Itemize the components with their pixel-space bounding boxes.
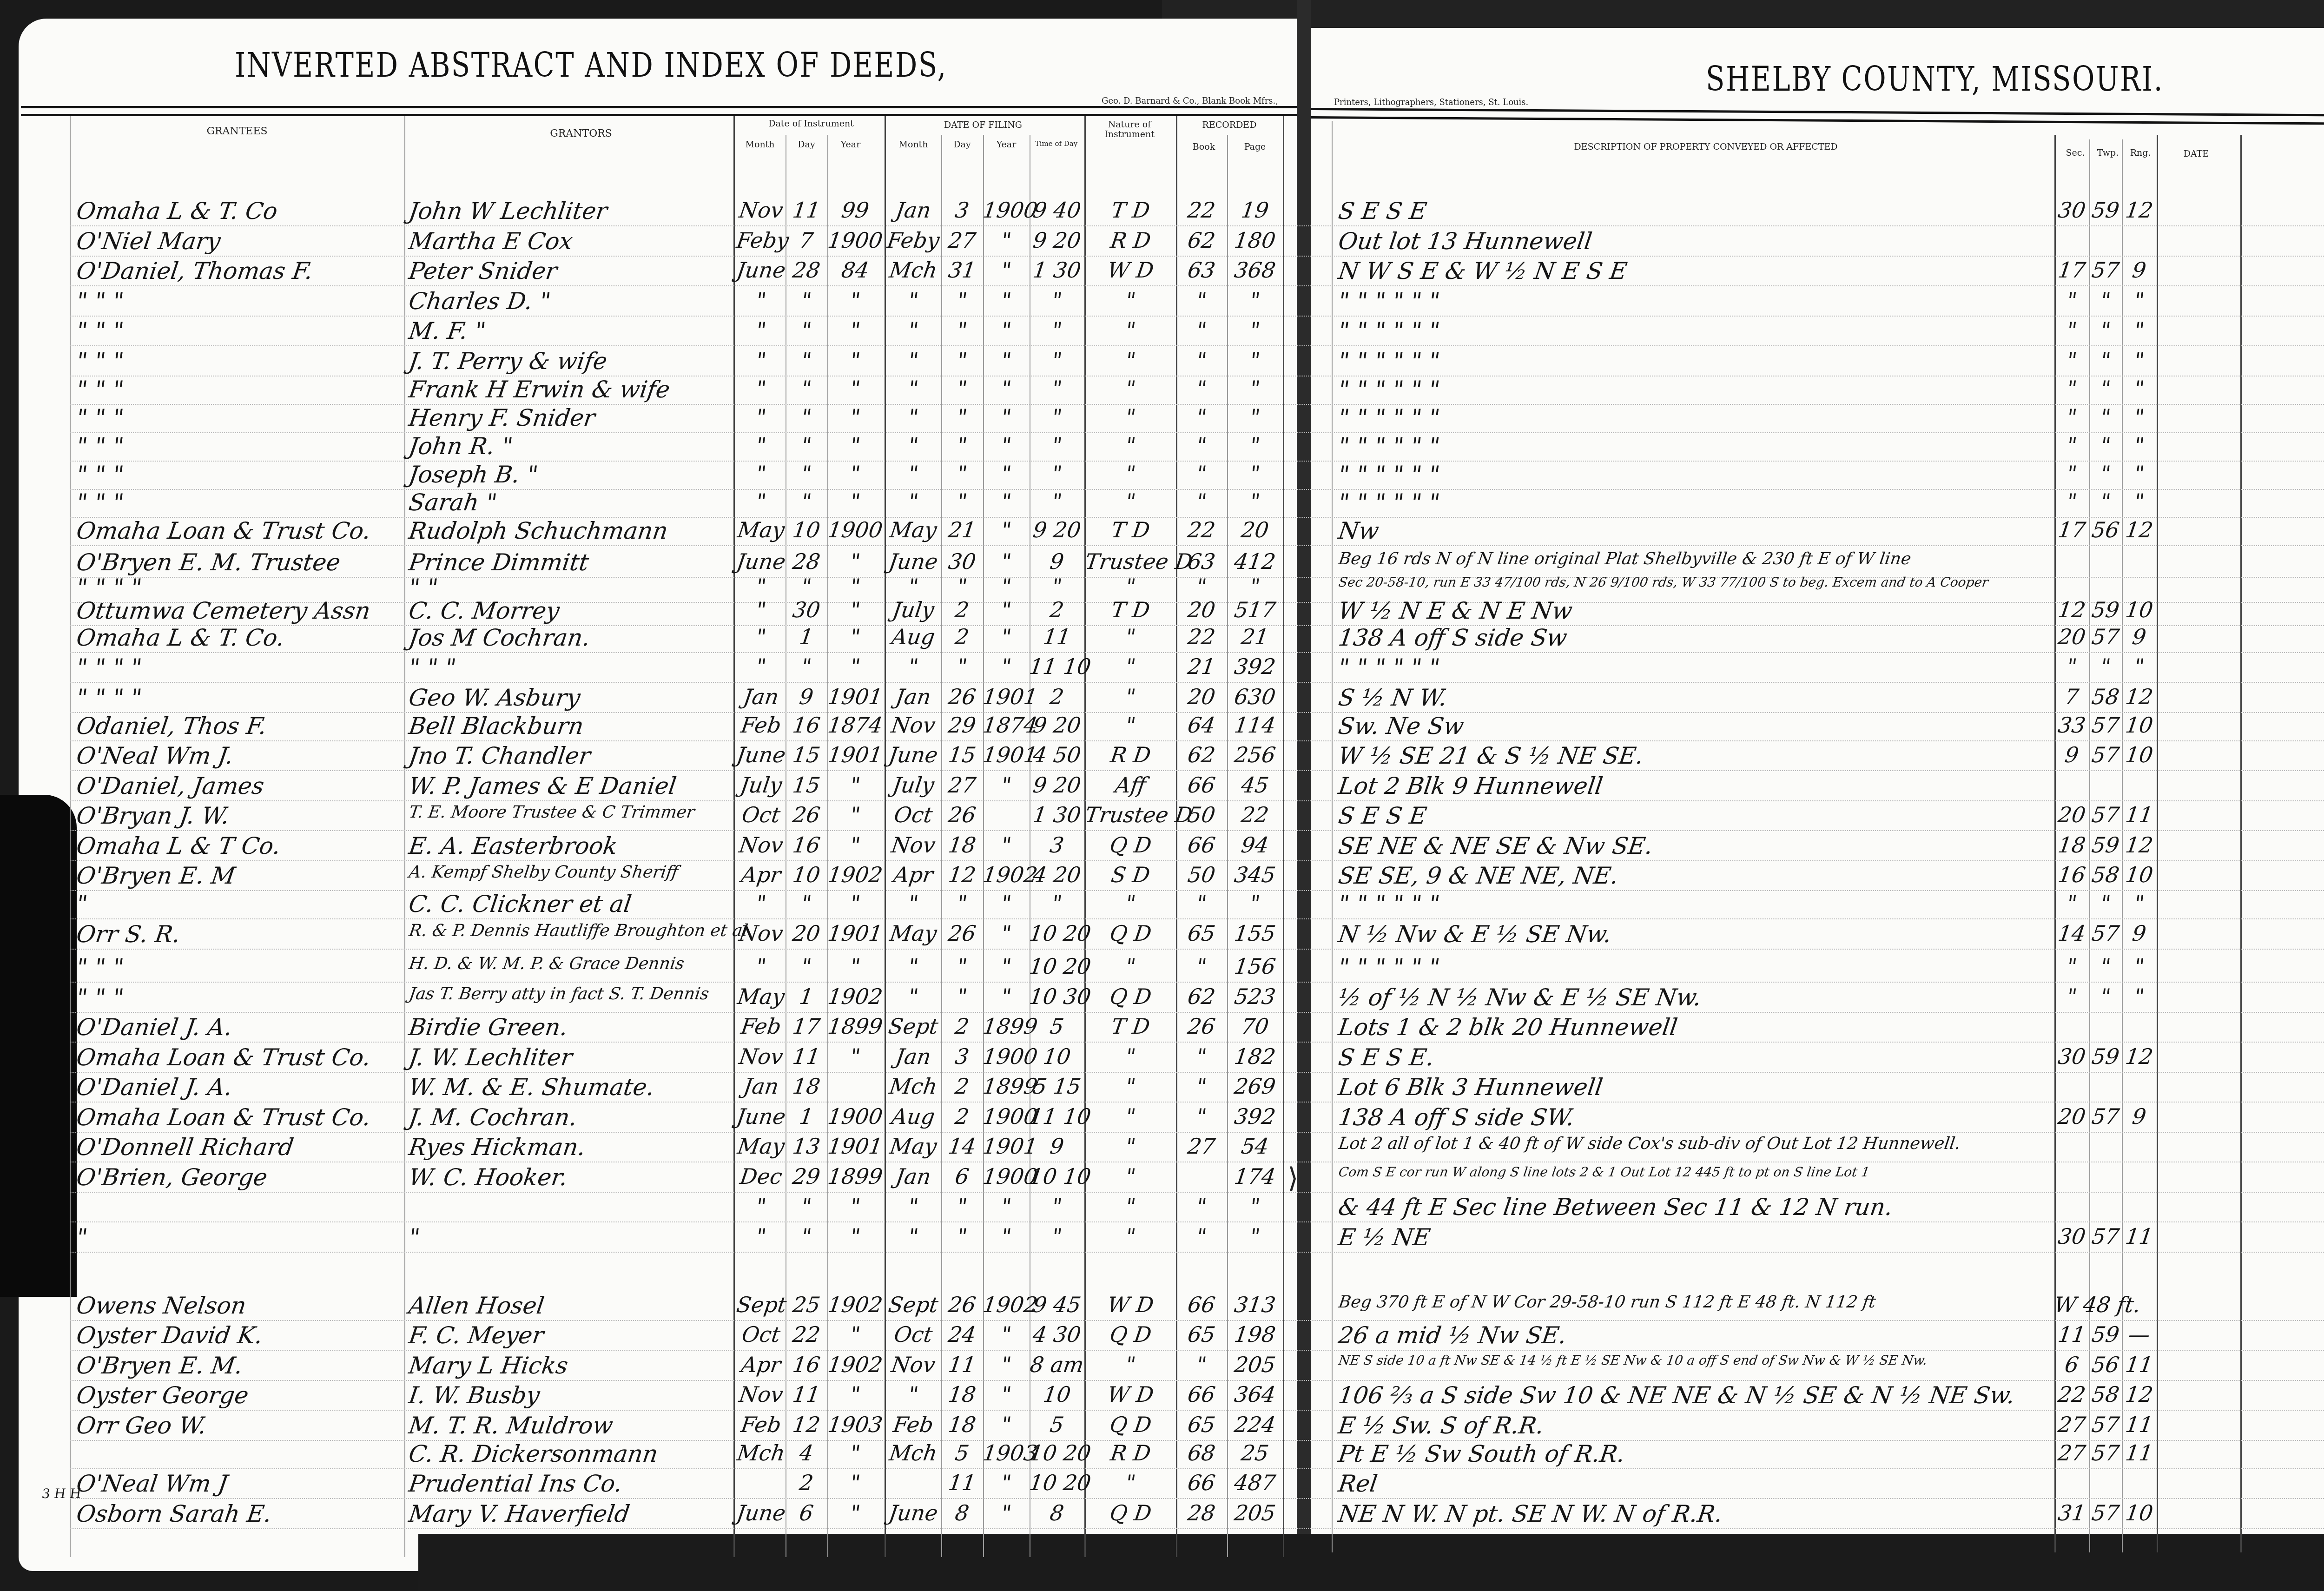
grantee-cell: O'Daniel, Thomas F. [75,259,314,283]
grantor-cell: W. M. & E. Shumate. [407,1076,656,1099]
grantee-cell: " " " " [75,686,143,709]
filing-day-cell: " [940,656,984,677]
range-cell: — [2120,1324,2158,1345]
filing-year-cell: " [982,519,1031,541]
row-rule [70,432,2324,434]
filing-day-cell: " [940,463,984,484]
column-rule [404,116,405,1557]
instrument-month-cell: " [735,290,787,311]
description-cell: 106 ⅔ a S side Sw 10 & NE NE & N ½ SE & … [1337,1384,2016,1407]
instrument-day-cell: " [784,956,829,977]
instrument-year-cell: 1901 [826,744,885,766]
description-cell: NE S side 10 a ft Nw SE & 14 ½ ft E ½ SE… [1338,1354,1928,1367]
instrument-month-cell: " [735,1226,787,1247]
grantor-cell: Sarah " [407,491,498,514]
book-cell: 66 [1175,1472,1228,1493]
page-cell: 412 [1226,551,1284,572]
description-cell: S E S E [1337,199,1428,223]
book-cell: " [1175,378,1228,399]
filing-time-cell: 10 20 [1028,1472,1086,1493]
grantor-cell: Prudential Ins Co. [407,1472,623,1495]
section-cell: 30 [2053,1226,2091,1247]
description-cell: " " " " " " [1337,463,1441,486]
range-cell: 10 [2120,1502,2158,1524]
range-cell: 12 [2120,199,2158,221]
township-cell: 59 [2088,1324,2123,1345]
nature-cell: " [1084,290,1177,311]
filing-time-cell: " [1028,1195,1086,1217]
margin-mark: 3 H H [41,1487,82,1500]
filing-time-cell: 8 [1028,1502,1086,1524]
page-cell: 22 [1226,804,1284,825]
range-cell: " [2120,892,2158,914]
grantee-cell: " " " " [75,576,143,599]
filing-year-cell: " [982,892,1031,914]
book-cell: " [1175,1195,1228,1217]
grantor-cell: I. W. Busby [407,1384,541,1407]
description-cell: Lots 1 & 2 blk 20 Hunnewell [1337,1016,1679,1039]
filing-time-cell: 10 [1028,1046,1086,1067]
filing-time-cell: 9 20 [1028,774,1086,796]
section-cell: 30 [2053,1046,2091,1067]
township-cell: " [2088,656,2123,677]
col-header-date-filing: DATE OF FILING [885,120,1081,130]
instrument-year-cell: 99 [826,199,885,221]
filing-day-cell: 2 [940,1076,984,1097]
filing-year-cell: " [982,1324,1031,1345]
filing-month-cell: " [884,378,943,399]
filing-year-cell: 1900 [982,199,1031,221]
filing-month-cell: Apr [884,864,943,885]
grantee-cell: " " " [75,463,125,486]
instrument-year-cell: 1899 [826,1166,885,1187]
description-cell: & 44 ft E Sec line Between Sec 11 & 12 N… [1337,1195,1894,1219]
book-cell: 65 [1175,923,1228,944]
page-cell: " [1226,576,1284,597]
filing-day-cell: 3 [940,199,984,221]
section-cell: " [2053,378,2091,399]
description-cell: W ½ SE 21 & S ½ NE SE. [1337,744,1645,767]
filing-day-cell: 26 [940,923,984,944]
section-cell: 17 [2053,259,2091,281]
filing-day-cell: " [940,576,984,597]
filing-year-cell: " [982,1226,1031,1247]
description-cell: " " " " " " [1337,656,1441,679]
instrument-year-cell: 1902 [826,986,885,1007]
grantee-cell: " " " [75,319,125,343]
page-cell: 182 [1226,1046,1284,1067]
grantee-cell: Omaha Loan & Trust Co. [75,519,372,542]
nature-cell: W D [1084,1384,1177,1405]
filing-month-cell: June [884,744,943,766]
instrument-year-cell: 1903 [826,1414,885,1435]
filing-year-cell: " [982,1414,1031,1435]
section-cell: 20 [2053,1106,2091,1127]
filing-time-cell: 10 20 [1028,956,1086,977]
grantee-cell: " " " [75,491,125,514]
section-cell: 12 [2053,599,2091,621]
grantee-cell: O'Brien, George [75,1166,269,1189]
instrument-month-cell: Nov [735,199,787,221]
nature-cell: " [1084,956,1177,977]
instrument-year-cell: 1899 [826,1016,885,1037]
nature-cell: " [1084,491,1177,512]
description-cell: Out lot 13 Hunnewell [1337,230,1593,253]
instrument-month-cell: Apr [735,864,787,885]
book-gutter [1297,0,1311,1591]
nature-cell: " [1084,1195,1177,1217]
filing-time-cell: 10 10 [1028,1166,1086,1187]
grantor-cell: Henry F. Snider [407,406,596,429]
filing-time-cell: 3 [1028,834,1086,856]
grantee-cell: Omaha L & T Co. [75,834,282,858]
filing-month-cell: " [884,1195,943,1217]
description-cell: SE SE, 9 & NE NE, NE. [1337,864,1620,887]
row-rule [70,740,2324,742]
filing-month-cell: May [884,923,943,944]
instrument-day-cell: 15 [784,774,829,796]
nature-cell: " [1084,1135,1177,1157]
nature-cell: T D [1084,519,1177,541]
book-cell: " [1175,1226,1228,1247]
row-rule [70,682,2324,683]
col-header-filing-year: Year [983,139,1030,150]
instrument-day-cell: 28 [784,551,829,572]
grantor-cell: W. P. James & E Daniel [407,774,678,798]
filing-day-cell: 11 [940,1472,984,1493]
grantor-cell: Mary L Hicks [407,1354,569,1377]
row-rule [70,1012,2324,1013]
column-rule [2157,135,2158,1552]
instrument-year-cell: " [826,1226,885,1247]
nature-cell: Q D [1084,1324,1177,1345]
filing-time-cell: 9 [1028,1135,1086,1157]
filing-month-cell: Aug [884,1106,943,1127]
instrument-month-cell: " [735,378,787,399]
filing-year-cell: " [982,599,1031,621]
grantee-cell: " " " [75,986,125,1009]
nature-cell: " [1084,686,1177,707]
instrument-month-cell: May [735,519,787,541]
instrument-year-cell: " [826,774,885,796]
grantee-cell: O'Bryen E. M. [75,1354,244,1377]
book-cell: 28 [1175,1502,1228,1524]
page-cell: 487 [1226,1472,1284,1493]
nature-cell: " [1084,1166,1177,1187]
instrument-year-cell: 1901 [826,1135,885,1157]
filing-time-cell: 4 50 [1028,744,1086,766]
row-rule [70,461,2324,462]
range-cell: " [2120,378,2158,399]
filing-month-cell: Nov [884,1354,943,1375]
filing-year-cell: 1900 [982,1046,1031,1067]
description-cell: Beg 370 ft E of N W Cor 29-58-10 run S 1… [1337,1294,1876,1311]
instrument-year-cell: " [826,626,885,647]
filing-day-cell: 2 [940,626,984,647]
grantor-cell: Frank H Erwin & wife [407,378,671,401]
grantee-cell: Ottumwa Cemetery Assn [75,599,372,622]
section-cell: 11 [2053,1324,2091,1345]
nature-cell: " [1084,1046,1177,1067]
filing-day-cell: " [940,491,984,512]
nature-cell: S D [1084,864,1177,885]
row-rule [70,1468,2324,1470]
instrument-month-cell: Mch [735,1442,787,1464]
page-cell: 392 [1226,656,1284,677]
township-cell: 57 [2088,1502,2123,1524]
grantee-cell: " " " [75,350,125,373]
page-cell: 368 [1226,259,1284,281]
page-cell: 114 [1226,714,1284,736]
instrument-month-cell: Nov [735,923,787,944]
range-cell: " [2120,463,2158,484]
instrument-day-cell: 1 [784,986,829,1007]
book-cell: 50 [1175,864,1228,885]
description-cell: S E S E. [1337,1046,1435,1069]
filing-month-cell: Nov [884,834,943,856]
filing-month-cell: Mch [884,1076,943,1097]
col-header-description: DESCRIPTION OF PROPERTY CONVEYED OR AFFE… [1543,142,1868,152]
section-cell: 30 [2053,199,2091,221]
page-cell: 392 [1226,1106,1284,1127]
instrument-year-cell: 1901 [826,923,885,944]
range-cell: 11 [2120,1354,2158,1375]
range-cell: 12 [2120,1046,2158,1067]
nature-cell: " [1084,1226,1177,1247]
filing-year-cell: 1874 [982,714,1031,736]
instrument-day-cell: 29 [784,1166,829,1187]
description-cell: Lot 2 Blk 9 Hunnewell [1337,774,1604,798]
col-header-twp: Twp. [2092,148,2124,158]
book-cell: 65 [1175,1324,1228,1345]
filing-day-cell: " [940,406,984,428]
instrument-year-cell: 1900 [826,1106,885,1127]
page-cell: 94 [1226,834,1284,856]
book-cell: " [1175,406,1228,428]
instrument-day-cell: 18 [784,1076,829,1097]
filing-month-cell: Feb [884,1414,943,1435]
description-cell: Beg 16 rds N of N line original Plat She… [1337,551,1912,568]
grantor-cell: Peter Snider [407,259,558,283]
instrument-year-cell: " [826,576,885,597]
instrument-year-cell: " [826,378,885,399]
section-cell: " [2053,290,2091,311]
filing-year-cell: " [982,551,1031,572]
filing-year-cell: " [982,986,1031,1007]
filing-day-cell: 11 [940,1354,984,1375]
grantee-cell: O'Daniel J. A. [75,1076,233,1099]
filing-day-cell: 26 [940,804,984,825]
filing-year-cell: 1899 [982,1016,1031,1037]
instrument-month-cell: Feb [735,1414,787,1435]
instrument-day-cell: " [784,463,829,484]
section-cell: " [2053,435,2091,456]
instrument-day-cell: " [784,350,829,371]
book-cell: " [1175,1106,1228,1127]
grantee-cell: " " " [75,290,125,313]
instrument-month-cell: July [735,774,787,796]
grantee-cell: Omaha Loan & Trust Co. [75,1046,372,1069]
section-cell: " [2053,350,2091,371]
book-cell: 21 [1175,656,1228,677]
range-cell: 9 [2120,1106,2158,1127]
township-cell: 59 [2088,1046,2123,1067]
grantee-cell: O'Donnell Richard [75,1135,295,1159]
filing-year-cell: 1902 [982,864,1031,885]
section-cell: " [2053,956,2091,977]
index-tab [0,795,77,1297]
township-cell: 58 [2088,1384,2123,1405]
filing-month-cell: " [884,319,943,341]
instrument-year-cell: " [826,804,885,825]
range-cell: " [2120,406,2158,428]
instrument-month-cell: Nov [735,1046,787,1067]
instrument-month-cell: June [735,551,787,572]
township-cell: " [2088,350,2123,371]
book-cell: " [1175,319,1228,341]
col-header-inst-year: Year [827,139,874,150]
description-cell: " " " " " " [1337,290,1441,313]
instrument-month-cell: Sept [735,1294,787,1315]
instrument-day-cell: 1 [784,626,829,647]
filing-time-cell: 11 10 [1028,656,1086,677]
range-cell: 10 [2120,864,2158,885]
printer-imprint-left: Geo. D. Barnard & Co., Blank Book Mfrs., [1102,96,1278,106]
filing-month-cell: Sept [884,1016,943,1037]
range-cell: 11 [2120,1414,2158,1435]
instrument-month-cell: " [735,576,787,597]
filing-time-cell: 5 15 [1028,1076,1086,1097]
filing-month-cell: Sept [884,1294,943,1315]
instrument-day-cell: 22 [784,1324,829,1345]
section-cell: 27 [2053,1414,2091,1435]
instrument-year-cell: 1902 [826,1294,885,1315]
filing-year-cell: 1901 [982,686,1031,707]
header-rule [21,106,1297,108]
grantee-cell: Owens Nelson [75,1294,247,1317]
description-cell: " " " " " " [1337,350,1441,373]
filing-month-cell: " [884,491,943,512]
filing-month-cell: Oct [884,804,943,825]
township-cell: " [2088,290,2123,311]
filing-month-cell: " [884,892,943,914]
filing-time-cell: 9 20 [1028,714,1086,736]
description-cell: S ½ N W. [1337,686,1448,709]
township-cell: " [2088,435,2123,456]
township-cell: 57 [2088,804,2123,825]
grantee-cell: Odaniel, Thos F. [75,714,268,738]
description-cell: Nw [1337,519,1380,542]
col-header-page: Page [1229,142,1281,152]
page-cell: 198 [1226,1324,1284,1345]
grantee-cell: " " " " [75,656,143,679]
filing-month-cell: " [884,435,943,456]
book-cell: " [1175,435,1228,456]
instrument-day-cell: 4 [784,1442,829,1464]
book-cell: 63 [1175,551,1228,572]
filing-time-cell: " [1028,350,1086,371]
township-cell: " [2088,956,2123,977]
instrument-month-cell: Nov [735,1384,787,1405]
instrument-day-cell: 16 [784,714,829,736]
instrument-month-cell: Oct [735,1324,787,1345]
instrument-year-cell: " [826,834,885,856]
filing-year-cell: " [982,290,1031,311]
filing-month-cell: " [884,350,943,371]
grantee-cell: " " " [75,956,125,979]
filing-day-cell: " [940,435,984,456]
filing-month-cell: Oct [884,1324,943,1345]
range-cell: 10 [2120,599,2158,621]
nature-cell: " [1084,406,1177,428]
section-cell: 31 [2053,1502,2091,1524]
filing-time-cell: 10 30 [1028,986,1086,1007]
filing-year-cell: 1902 [982,1294,1031,1315]
filing-day-cell: " [940,290,984,311]
col-header-date: DATE [2166,149,2226,159]
grantee-cell: " " " [75,378,125,401]
filing-day-cell: 29 [940,714,984,736]
book-cell: " [1175,491,1228,512]
instrument-day-cell: " [784,656,829,677]
book-cell: 62 [1175,230,1228,251]
grantor-cell: Jos M Cochran. [407,626,591,649]
filing-year-cell: " [982,1502,1031,1524]
nature-cell: Q D [1084,1414,1177,1435]
book-cell: 22 [1175,519,1228,541]
row-rule [70,1221,2324,1223]
description-cell: " " " " " " [1337,319,1441,343]
col-header-to-whom-sent: TO WHOM SENT [2319,153,2324,164]
filing-month-cell: " [884,406,943,428]
instrument-month-cell: Jan [735,1076,787,1097]
filing-day-cell: 2 [940,599,984,621]
nature-cell: " [1084,378,1177,399]
instrument-month-cell: " [735,1195,787,1217]
township-cell: 57 [2088,1226,2123,1247]
filing-time-cell: 9 20 [1028,230,1086,251]
book-cell: 66 [1175,1294,1228,1315]
description-cell: " " " " " " [1337,491,1441,514]
nature-cell: Trustee D [1084,804,1177,825]
grantee-cell: Oyster George [75,1384,250,1407]
row-rule [70,1162,2324,1163]
instrument-month-cell: " [735,463,787,484]
row-rule [70,1042,2324,1043]
township-cell: " [2088,406,2123,428]
filing-time-cell: " [1028,290,1086,311]
filing-year-cell: " [982,656,1031,677]
filing-year-cell: 1903 [982,1442,1031,1464]
filing-year-cell: 1900 [982,1166,1031,1187]
row-rule [70,918,2324,920]
row-rule [70,830,2324,832]
col-header-sec: Sec. [2059,148,2092,158]
page-cell: 269 [1226,1076,1284,1097]
instrument-month-cell: " [735,350,787,371]
page-cell: 345 [1226,864,1284,885]
instrument-day-cell: " [784,576,829,597]
description-cell: NE N W. N pt. SE N W. N of R.R. [1337,1502,1724,1525]
nature-cell: " [1084,1354,1177,1375]
instrument-year-cell: " [826,1472,885,1493]
row-rule [70,285,2324,287]
description-cell: N ½ Nw & E ½ SE Nw. [1337,923,1613,946]
book-cell: 66 [1175,834,1228,856]
grantor-cell: Jas T. Berry atty in fact S. T. Dennis [408,986,710,1003]
filing-month-cell: Jan [884,1046,943,1067]
instrument-year-cell: " [826,892,885,914]
